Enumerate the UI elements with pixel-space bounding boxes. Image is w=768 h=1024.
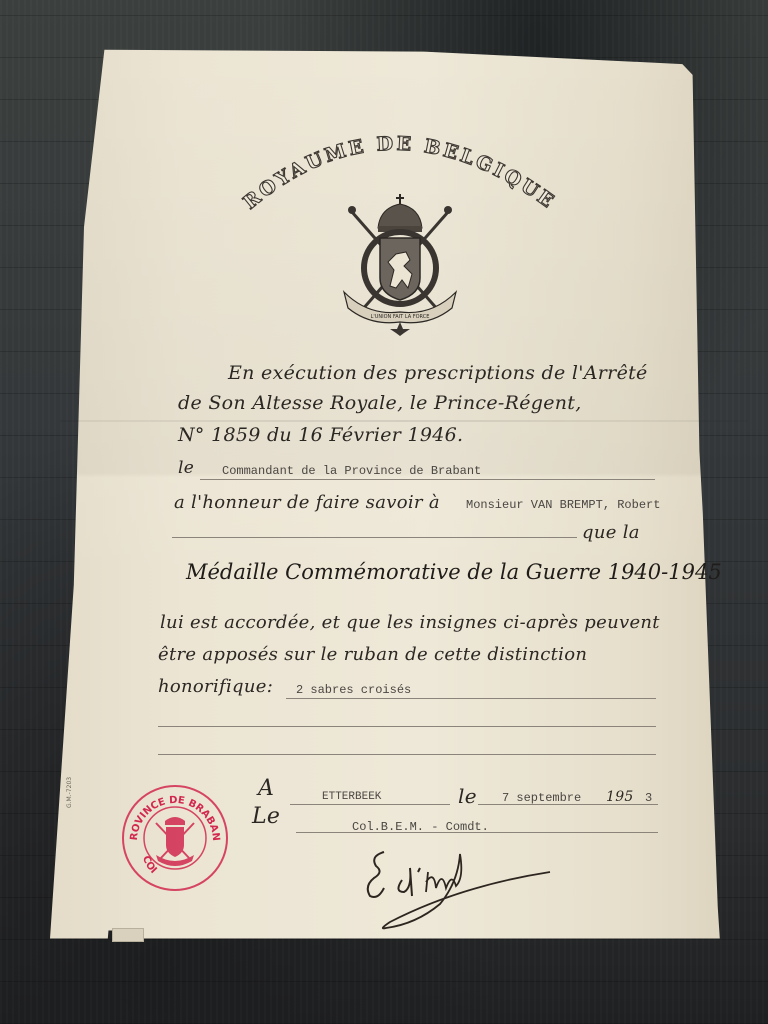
coat-motto: L'UNION FAIT LA FORCE bbox=[371, 314, 430, 320]
recipient-continuation-rule bbox=[172, 537, 577, 538]
paper-tab-notch bbox=[112, 928, 144, 942]
belgian-coat-of-arms-icon: L'UNION FAIT LA FORCE bbox=[338, 190, 462, 336]
issuer-rule bbox=[200, 479, 655, 480]
medal-title: Médaille Commémorative de la Guerre 1940… bbox=[186, 560, 722, 584]
recipient-value: Monsieur VAN BREMPT, Robert bbox=[466, 498, 660, 512]
province-stamp: PROVINCE DE BRABANT COI bbox=[120, 783, 230, 893]
stamp-bottom-text: COI bbox=[140, 854, 159, 876]
year-typed: 3 bbox=[645, 791, 652, 805]
year-printed: 195 bbox=[606, 789, 634, 805]
preamble-line-3: N° 1859 du 16 Février 1946. bbox=[178, 424, 463, 446]
blank-rule-2 bbox=[158, 754, 656, 755]
signatory-rule bbox=[296, 832, 658, 833]
grant-line-3-prefix: honorifique: bbox=[158, 676, 273, 697]
date-prefix: le bbox=[458, 784, 477, 808]
recipient-prefix: a l'honneur de faire savoir à bbox=[174, 492, 440, 513]
print-code: G.M.-7203 bbox=[66, 777, 73, 808]
handwritten-signature bbox=[360, 842, 560, 937]
svg-text:COI: COI bbox=[140, 854, 159, 876]
place-prefix: A bbox=[258, 776, 274, 801]
issuer-value: Commandant de la Province de Brabant bbox=[222, 464, 481, 478]
place-rule bbox=[290, 804, 450, 805]
signatory-prefix: Le bbox=[252, 804, 280, 829]
date-value: 7 septembre bbox=[502, 791, 581, 805]
insignia-rule bbox=[286, 698, 656, 699]
paper-fold-line bbox=[60, 420, 748, 422]
insignia-value: 2 sabres croisés bbox=[296, 683, 411, 697]
grant-line-2: être apposés sur le ruban de cette disti… bbox=[158, 644, 587, 665]
stamp-coat-icon bbox=[156, 817, 194, 866]
que-la-text: que la bbox=[582, 522, 640, 543]
blank-rule-1 bbox=[158, 726, 656, 727]
date-rule bbox=[478, 804, 658, 805]
preamble-line-2: de Son Altesse Royale, le Prince-Régent, bbox=[178, 392, 582, 414]
preamble-line-1: En exécution des prescriptions de l'Arrê… bbox=[228, 362, 648, 384]
issuer-prefix: le bbox=[178, 458, 194, 478]
grant-line-1: lui est accordée, et que les insignes ci… bbox=[160, 612, 660, 633]
place-value: ETTERBEEK bbox=[322, 791, 381, 803]
